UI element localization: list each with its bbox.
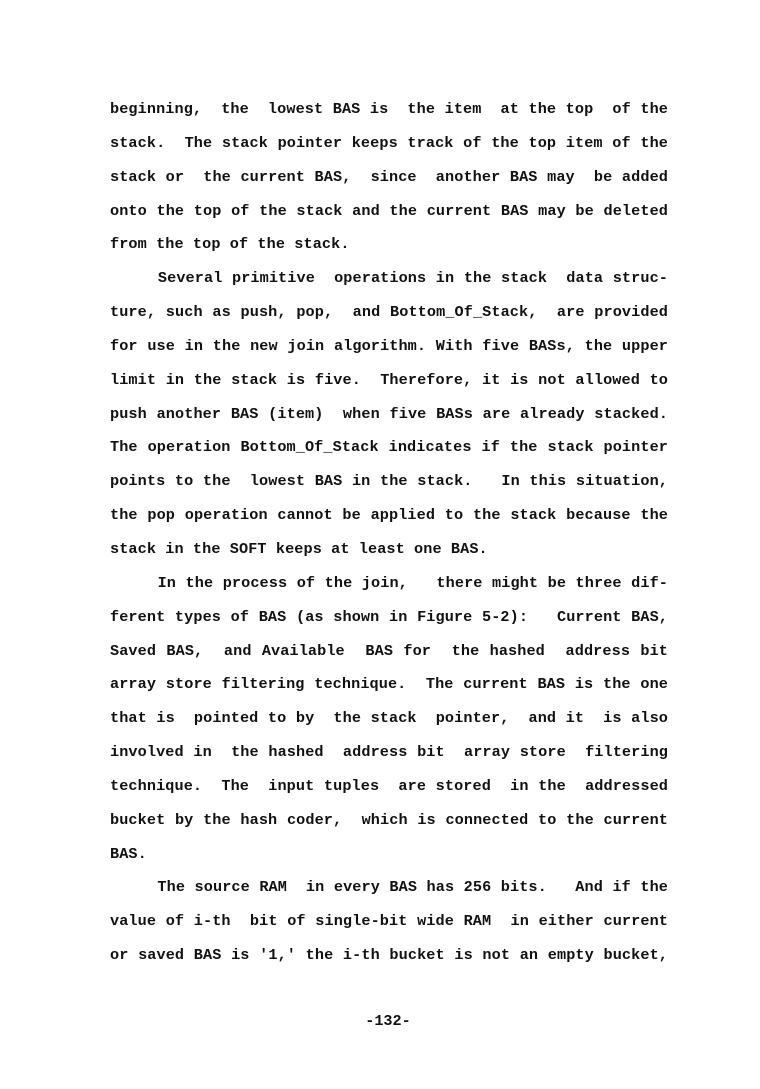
text-line: technique. The input tuples are stored i… — [110, 770, 668, 804]
document-body: beginning, the lowest BAS is the item at… — [110, 93, 668, 973]
text-line: points to the lowest BAS in the stack. I… — [110, 465, 668, 499]
paragraph-2: Several primitive operations in the stac… — [110, 262, 668, 567]
text-line: array store filtering technique. The cur… — [110, 668, 668, 702]
text-line: limit in the stack is five. Therefore, i… — [110, 364, 668, 398]
text-line: beginning, the lowest BAS is the item at… — [110, 93, 668, 127]
text-line: Several primitive operations in the stac… — [110, 262, 668, 296]
text-line: push another BAS (item) when five BASs a… — [110, 398, 668, 432]
text-line: BAS. — [110, 838, 668, 872]
text-line: from the top of the stack. — [110, 228, 668, 262]
paragraph-4: The source RAM in every BAS has 256 bits… — [110, 871, 668, 973]
text-line: ture, such as push, pop, and Bottom_Of_S… — [110, 296, 668, 330]
text-line: onto the top of the stack and the curren… — [110, 195, 668, 229]
text-line: that is pointed to by the stack pointer,… — [110, 702, 668, 736]
text-line: the pop operation cannot be applied to t… — [110, 499, 668, 533]
text-line: The operation Bottom_Of_Stack indicates … — [110, 431, 668, 465]
text-line: Saved BAS, and Available BAS for the has… — [110, 635, 668, 669]
paragraph-1: beginning, the lowest BAS is the item at… — [110, 93, 668, 262]
text-line: or saved BAS is '1,' the i-th bucket is … — [110, 939, 668, 973]
text-line: stack in the SOFT keeps at least one BAS… — [110, 533, 668, 567]
text-line: stack. The stack pointer keeps track of … — [110, 127, 668, 161]
text-line: bucket by the hash coder, which is conne… — [110, 804, 668, 838]
text-line: stack or the current BAS, since another … — [110, 161, 668, 195]
text-line: ferent types of BAS (as shown in Figure … — [110, 601, 668, 635]
text-line: value of i-th bit of single-bit wide RAM… — [110, 905, 668, 939]
text-line: The source RAM in every BAS has 256 bits… — [110, 871, 668, 905]
page-number: -132- — [0, 1012, 760, 1030]
text-line: for use in the new join algorithm. With … — [110, 330, 668, 364]
text-line: In the process of the join, there might … — [110, 567, 668, 601]
text-line: involved in the hashed address bit array… — [110, 736, 668, 770]
paragraph-3: In the process of the join, there might … — [110, 567, 668, 872]
